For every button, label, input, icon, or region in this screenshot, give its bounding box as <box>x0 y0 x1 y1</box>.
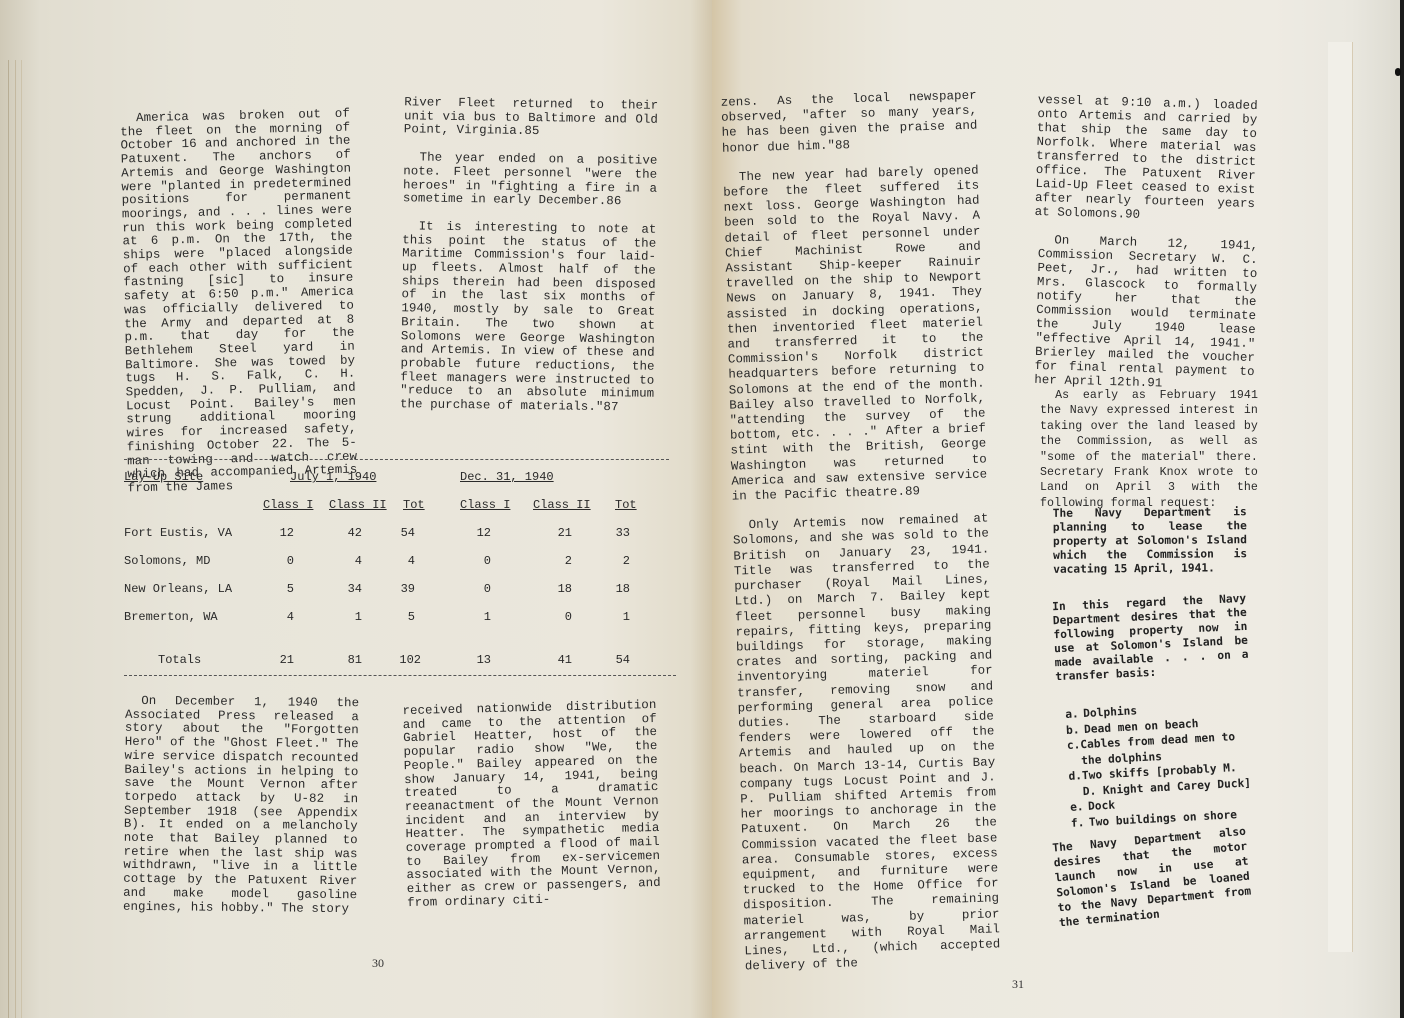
subheader: Class II <box>329 498 387 512</box>
table-top-rule <box>124 459 669 460</box>
cell: 1 <box>610 610 630 624</box>
cell: 0 <box>471 554 491 568</box>
paragraph: River Fleet returned to their unit via b… <box>404 96 659 141</box>
cell: 12 <box>471 526 491 540</box>
subheader: Class I <box>263 498 313 512</box>
paragraph: On March 12, 1941, Commission Secretary … <box>1034 233 1258 393</box>
header-date1: July 1, 1940 <box>290 470 376 484</box>
page-number-left: 30 <box>372 956 384 971</box>
paragraph: The new year had barely opened before th… <box>723 163 988 504</box>
quote-paragraph: In this regard the Navy Department desir… <box>1052 592 1249 684</box>
paragraph: Only Artemis now remained at Solomons, a… <box>732 512 1001 975</box>
cell: 1 <box>471 610 491 624</box>
page-number-right: 31 <box>1012 977 1024 992</box>
cell: 2 <box>610 554 630 568</box>
paragraph: On December 1, 1940 the Associated Press… <box>123 695 359 917</box>
cell: 2 <box>552 554 572 568</box>
list-text: Dock <box>1088 798 1116 815</box>
cell: 12 <box>274 526 294 540</box>
cell: 54 <box>610 653 630 667</box>
header-date2: Dec. 31, 1940 <box>460 470 554 484</box>
list-label: f. <box>1071 814 1090 830</box>
right-col1: zens. As the local newspaper observed, "… <box>721 89 1002 989</box>
cell: 0 <box>552 610 572 624</box>
header-site: Lay-Up Site <box>124 470 203 484</box>
left-col2-top: River Fleet returned to their unit via b… <box>400 96 659 429</box>
cell: 21 <box>552 526 572 540</box>
paragraph: America was broken out of the fleet on t… <box>120 108 358 496</box>
cell: 34 <box>342 582 362 596</box>
list-label: b. <box>1066 722 1085 738</box>
cell: 41 <box>552 653 572 667</box>
paragraph: zens. As the local newspaper observed, "… <box>721 89 979 157</box>
navy-request-quote-3: The Navy Department also desires that th… <box>1052 824 1254 945</box>
paragraph: It is interesting to note at this point … <box>400 220 657 415</box>
cell: 42 <box>342 526 362 540</box>
subheader: Class II <box>533 498 591 512</box>
site-name: New Orleans, LA <box>124 582 232 596</box>
table-totals-row: Totals 21 81 102 13 41 54 <box>124 653 669 669</box>
subheader: Tot <box>615 498 637 512</box>
cell: 0 <box>471 582 491 596</box>
table-row: New Orleans, LA 5 34 39 0 18 18 <box>124 582 669 598</box>
table-subheader-row: Class I Class II Tot Class I Class II To… <box>124 498 669 514</box>
cell: 13 <box>471 653 491 667</box>
cell: 5 <box>274 582 294 596</box>
left-col1-top: America was broken out of the fleet on t… <box>120 108 358 510</box>
cell: 4 <box>395 554 415 568</box>
left-col1-bottom: On December 1, 1940 the Associated Press… <box>123 695 359 931</box>
cell: 18 <box>552 582 572 596</box>
property-list: a.Dolphins b.Dead men on beach c.Cables … <box>1065 697 1259 831</box>
cell: 4 <box>342 554 362 568</box>
background-edge <box>1400 0 1404 1018</box>
cell: 4 <box>274 610 294 624</box>
list-label: e. <box>1070 799 1089 815</box>
paragraph: The year ended on a positive note. Fleet… <box>403 151 658 209</box>
speck <box>1395 68 1401 76</box>
right-col2-mid: On March 12, 1941, Commission Secretary … <box>1034 233 1259 407</box>
table-bottom-rule <box>124 675 676 676</box>
site-name: Bremerton, WA <box>124 610 218 624</box>
paragraph: As early as February 1941 the Navy expre… <box>1040 388 1258 511</box>
right-page-edge-strip <box>1328 42 1353 952</box>
subheader: Class I <box>460 498 510 512</box>
cell: 39 <box>395 582 415 596</box>
subheader: Tot <box>403 498 425 512</box>
cell: 81 <box>342 653 362 667</box>
page-edges <box>8 60 29 1018</box>
cell: 54 <box>395 526 415 540</box>
left-col2-bottom: received nationwide distribution and cam… <box>402 699 661 925</box>
site-name: Solomons, MD <box>124 554 210 568</box>
table-row: Bremerton, WA 4 1 5 1 0 1 <box>124 610 669 626</box>
paragraph: received nationwide distribution and cam… <box>402 699 661 911</box>
quote-paragraph: The Navy Department also desires that th… <box>1052 824 1253 931</box>
table-row: Solomons, MD 0 4 4 0 2 2 <box>124 554 669 570</box>
site-name: Fort Eustis, VA <box>124 526 232 540</box>
cell: 5 <box>395 610 415 624</box>
cell: 18 <box>610 582 630 596</box>
right-col2-top: vessel at 9:10 a.m.) loaded onto Artemis… <box>1034 93 1258 239</box>
cell: 1 <box>342 610 362 624</box>
book-spread: America was broken out of the fleet on t… <box>0 0 1404 1018</box>
cell: 33 <box>610 526 630 540</box>
quote-paragraph: The Navy Department is planning to lease… <box>1053 505 1248 577</box>
cell: 21 <box>274 653 294 667</box>
navy-request-quote: The Navy Department is planning to lease… <box>1053 505 1248 591</box>
cell: 102 <box>395 653 421 667</box>
list-label: a. <box>1065 706 1084 722</box>
totals-label: Totals <box>158 653 201 667</box>
navy-request-quote-2: In this regard the Navy Department desir… <box>1052 592 1250 698</box>
table-row: Fort Eustis, VA 12 42 54 12 21 33 <box>124 526 669 542</box>
cell: 0 <box>274 554 294 568</box>
paragraph: vessel at 9:10 a.m.) loaded onto Artemis… <box>1034 93 1257 225</box>
table-header-row: Lay-Up Site July 1, 1940 Dec. 31, 1940 <box>124 470 669 486</box>
